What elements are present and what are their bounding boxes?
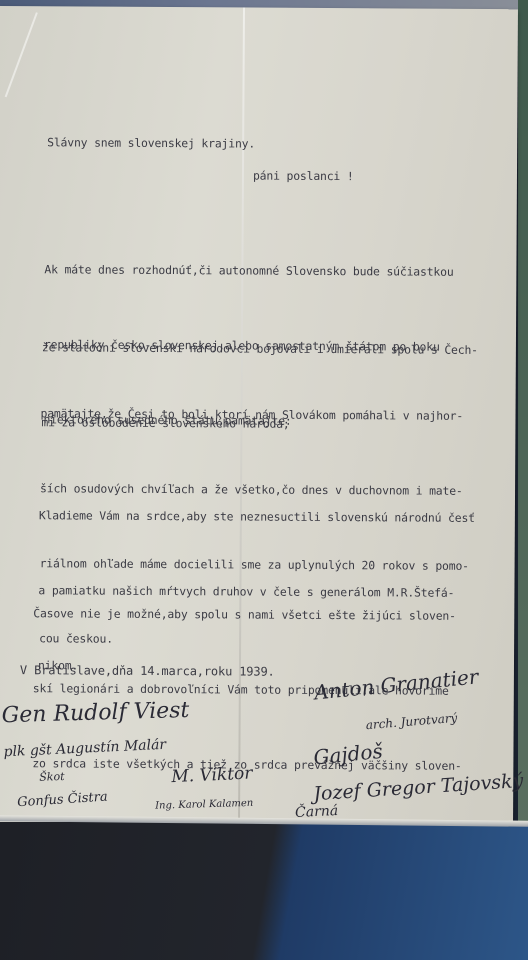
- text-line: Časove nie je možné,aby spolu s nami vše…: [33, 601, 462, 629]
- background-right: [518, 0, 528, 830]
- text-line: Kladieme Vám na srdce,aby ste neznesucti…: [39, 503, 475, 531]
- signature: M. Viktor: [171, 763, 253, 787]
- address-line: páni poslanci !: [253, 164, 354, 190]
- text-line: Ak máte dnes rozhodnúť,či autonomné Slov…: [44, 257, 453, 284]
- signature: Škot: [39, 770, 65, 784]
- letter-page: Slávny snem slovenskej krajiny. páni pos…: [0, 6, 518, 825]
- salutation: Slávny snem slovenskej krajiny.: [47, 130, 255, 156]
- place-date-line: V Bratislave,dňa 14.marca,roku 1939.: [20, 658, 275, 685]
- text-line: pamätajte,že Česi to boli,ktorí nám Slov…: [40, 401, 469, 429]
- background-surface: [0, 822, 528, 960]
- fold-crease-diagonal: [5, 12, 38, 97]
